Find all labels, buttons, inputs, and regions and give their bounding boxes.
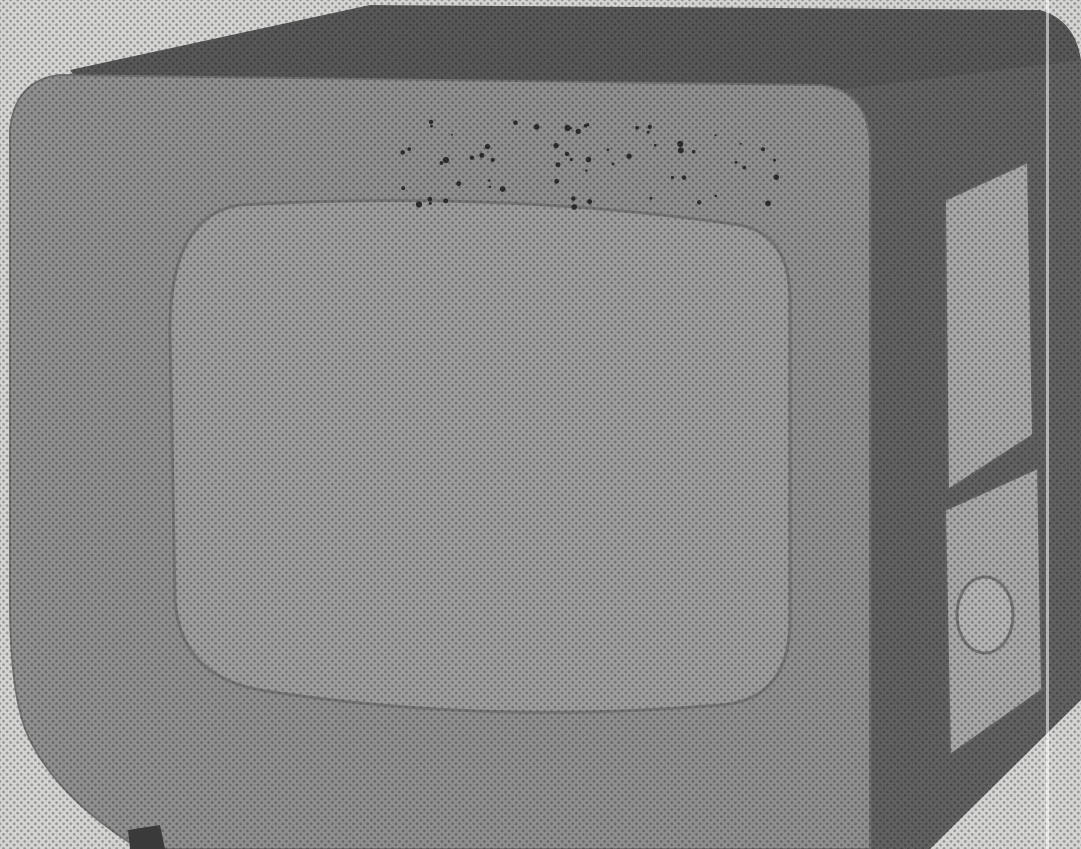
paper-crease [1046, 0, 1049, 849]
television-photo [0, 0, 1081, 849]
print-grain [0, 0, 1081, 849]
